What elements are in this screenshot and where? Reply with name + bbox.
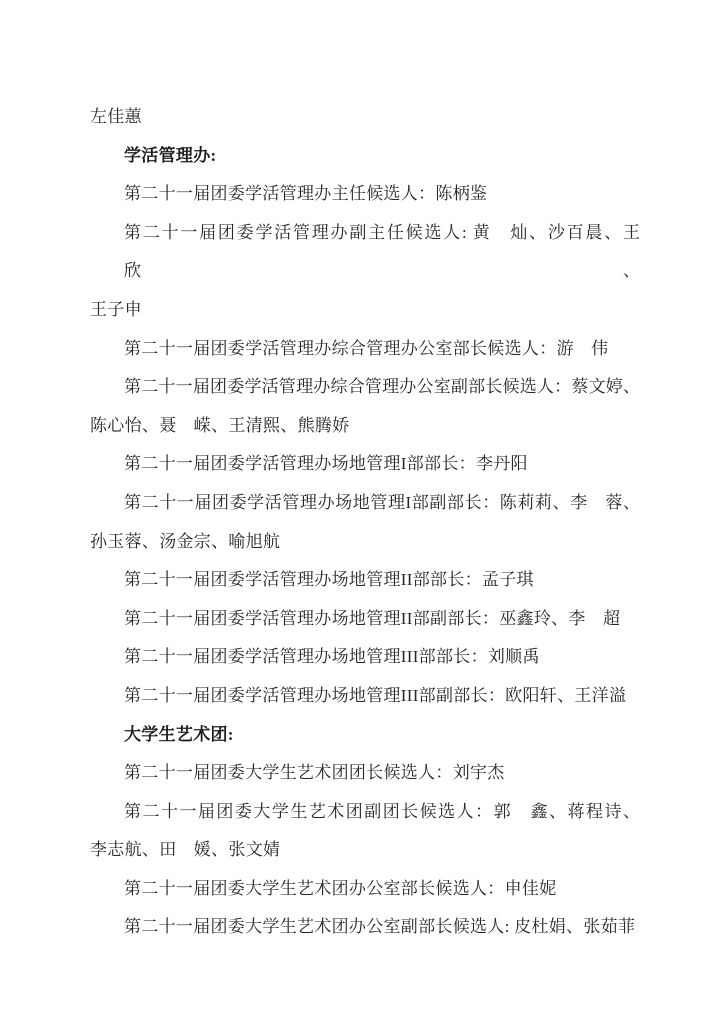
paragraph-line: 第二十一届团委大学生艺术团办公室部长候选人：申佳妮 xyxy=(90,870,640,909)
paragraph-continuation: 左佳蕙 xyxy=(90,98,640,137)
paragraph-line: 第二十一届团委大学生艺术团副团长候选人：郭 鑫、蒋程诗、 xyxy=(90,793,640,832)
document-text-block: 左佳蕙 学活管理办: 第二十一届团委学活管理办主任候选人：陈柄鉴 第二十一届团委… xyxy=(90,98,640,947)
paragraph-line: 第二十一届团委大学生艺术团团长候选人：刘宇杰 xyxy=(90,754,640,793)
paragraph-continuation: 陈心怡、聂 嵘、王清熙、熊腾娇 xyxy=(90,407,640,446)
paragraph-continuation: 王子申 xyxy=(90,291,640,330)
paragraph-line: 第二十一届团委学活管理办场地管理III部部长：刘顺禹 xyxy=(90,638,640,677)
paragraph-line: 第二十一届团委学活管理办场地管理III部副部长：欧阳轩、王洋溢 xyxy=(90,677,640,716)
paragraph-line: 第二十一届团委学活管理办场地管理I部部长：李丹阳 xyxy=(90,445,640,484)
paragraph-line: 第二十一届团委学活管理办场地管理I部副部长：陈莉莉、李 蓉、 xyxy=(90,484,640,523)
paragraph-line: 第二十一届团委学活管理办副主任候选人: 黄 灿、沙百晨、王 欣、 xyxy=(90,214,640,291)
document-page: 左佳蕙 学活管理办: 第二十一届团委学活管理办主任候选人：陈柄鉴 第二十一届团委… xyxy=(0,0,720,1018)
paragraph-line: 第二十一届团委学活管理办场地管理II部副部长：巫鑫玲、李 超 xyxy=(90,600,640,639)
paragraph-line: 第二十一届团委学活管理办场地管理II部部长：孟子琪 xyxy=(90,561,640,600)
paragraph-continuation: 孙玉蓉、汤金宗、喻旭航 xyxy=(90,523,640,562)
section-heading-xuehuo: 学活管理办: xyxy=(90,137,640,176)
paragraph-line: 第二十一届团委学活管理办综合管理办公室副部长候选人：蔡文婷、 xyxy=(90,368,640,407)
paragraph-continuation: 李志航、田 媛、张文婧 xyxy=(90,831,640,870)
section-heading-yishutuan: 大学生艺术团: xyxy=(90,716,640,755)
paragraph-line: 第二十一届团委学活管理办主任候选人：陈柄鉴 xyxy=(90,175,640,214)
paragraph-line: 第二十一届团委大学生艺术团办公室副部长候选人: 皮杜娟、张茹菲 xyxy=(90,908,640,947)
paragraph-line: 第二十一届团委学活管理办综合管理办公室部长候选人：游 伟 xyxy=(90,330,640,369)
